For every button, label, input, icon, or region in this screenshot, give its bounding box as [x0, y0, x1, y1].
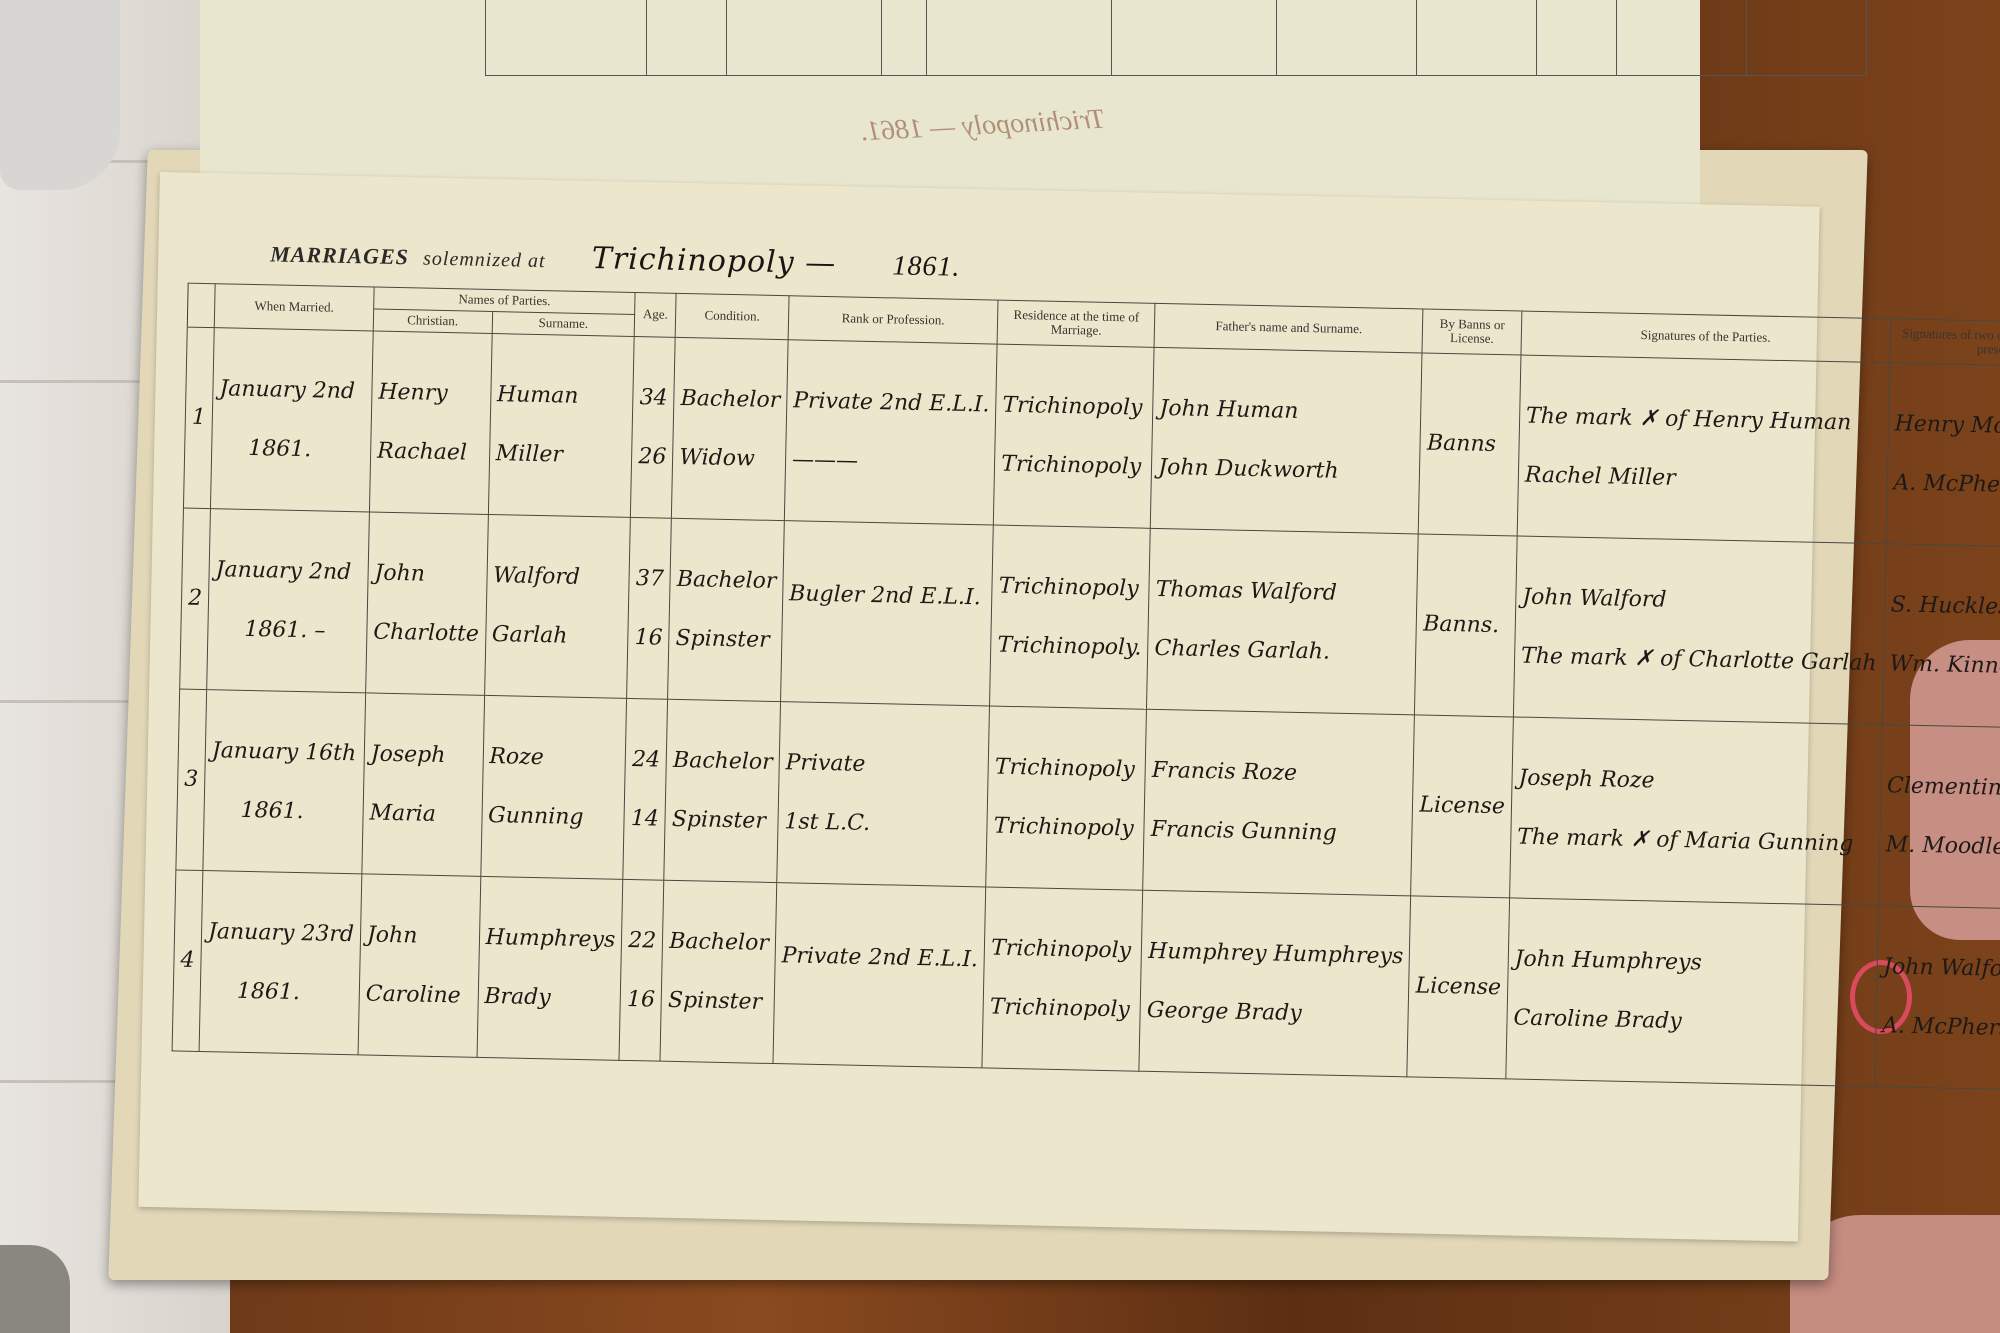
entry-number: 4 — [172, 870, 203, 1052]
col-surname: Surname. — [492, 311, 635, 336]
col-witnesses: Signatures of two or more Witnesses pres… — [1889, 319, 2000, 367]
banns-cell: License — [1407, 896, 1509, 1079]
facing-page-grid — [485, 0, 1867, 76]
shoe — [0, 0, 120, 190]
age-cell: 3716 — [627, 517, 672, 699]
marriage-register-table: When Married. Names of Parties. Age. Con… — [172, 283, 2000, 1096]
shoe — [0, 1245, 70, 1333]
christian-cell: JosephMaria — [362, 693, 484, 876]
col-residence: Residence at the time of Marriage. — [997, 300, 1155, 347]
witness-cell: Clementina PaulM. Moodle — [1878, 725, 2000, 910]
rank-cell: Private 2nd E.L.I.——— — [784, 340, 997, 525]
banns-cell: Banns — [1419, 353, 1521, 536]
col-father: Father's name and Surname. — [1154, 303, 1423, 352]
col-when-married: When Married. — [214, 284, 374, 331]
father-cell: Francis RozeFrancis Gunning — [1143, 709, 1415, 896]
place: Trichinopoly — — [591, 241, 836, 281]
witness-cell: John WalfordA. McPherson — [1874, 906, 2000, 1091]
col-christian: Christian. — [373, 309, 492, 333]
col-rank: Rank or Profession. — [788, 296, 998, 344]
col-sig-parties: Signatures of the Parties. — [1521, 311, 1890, 363]
signature-cell: The mark ✗ of Henry HumanRachel Miller — [1517, 355, 1889, 544]
residence-cell: TrichinopolyTrichinopoly — [986, 706, 1147, 890]
father-cell: Humphrey HumphreysGeorge Brady — [1139, 890, 1411, 1077]
condition-cell: BachelorWidow — [672, 337, 788, 520]
col-banns: By Banns or License. — [1422, 309, 1521, 355]
surname-cell: HumanMiller — [488, 333, 634, 517]
register-page: MARRIAGES solemnized at Trichinopoly — 1… — [138, 172, 1819, 1242]
father-cell: Thomas WalfordCharles Garlah. — [1147, 528, 1419, 715]
condition-cell: BachelorSpinster — [668, 518, 784, 701]
christian-cell: JohnCharlotte — [366, 512, 488, 695]
register-title: MARRIAGES solemnized at Trichinopoly — 1… — [270, 234, 961, 283]
entry-number: 2 — [180, 508, 211, 690]
condition-cell: BachelorSpinster — [664, 699, 780, 882]
banns-cell: License — [1411, 715, 1513, 898]
witness-cell: Henry McPhersonA. McPherson — [1886, 363, 2000, 548]
age-cell: 3426 — [631, 336, 676, 518]
witness-cell: S. HucklesWm. Kinnon — [1882, 544, 2000, 729]
signature-cell: John WalfordThe mark ✗ of Charlotte Garl… — [1513, 536, 1885, 725]
heading: MARRIAGES — [270, 241, 409, 269]
date-cell: January 16th1861. — [203, 689, 366, 873]
rank-cell: Private 2nd E.L.I. — [773, 882, 986, 1067]
entry-number: 1 — [183, 327, 214, 509]
year: 1861. — [892, 250, 961, 282]
table-row: 4 January 23rd1861. JohnCaroline Humphre… — [172, 870, 2000, 1095]
signature-cell: Joseph RozeThe mark ✗ of Maria Gunning — [1509, 717, 1881, 906]
surname-cell: RozeGunning — [480, 695, 626, 879]
surname-cell: WalfordGarlah — [484, 514, 630, 698]
rank-cell: Bugler 2nd E.L.I. — [780, 521, 993, 706]
age-cell: 2414 — [623, 698, 668, 880]
residence-cell: TrichinopolyTrichinopoly. — [990, 525, 1151, 709]
residence-cell: TrichinopolyTrichinopoly — [994, 344, 1155, 528]
age-cell: 2216 — [619, 879, 664, 1061]
col-age: Age. — [634, 292, 676, 337]
christian-cell: HenryRachael — [369, 331, 491, 514]
date-cell: January 2nd1861. — [210, 328, 373, 512]
residence-cell: TrichinopolyTrichinopoly — [982, 887, 1143, 1071]
surname-cell: HumphreysBrady — [477, 876, 623, 1060]
date-cell: January 23rd1861. — [199, 870, 362, 1054]
heading-suffix: solemnized at — [423, 248, 546, 273]
date-cell: January 2nd1861. – — [207, 509, 370, 693]
banns-cell: Banns. — [1415, 534, 1517, 717]
christian-cell: JohnCaroline — [358, 874, 480, 1057]
col-condition: Condition. — [675, 293, 788, 339]
condition-cell: BachelorSpinster — [660, 880, 776, 1063]
signature-cell: John HumphreysCaroline Brady — [1506, 898, 1878, 1087]
entry-number: 3 — [176, 689, 207, 871]
mirrored-ink-offset: Trichinopoly — 1861. — [859, 104, 1105, 149]
rank-cell: Private1st L.C. — [777, 701, 990, 886]
father-cell: John HumanJohn Duckworth — [1151, 347, 1423, 534]
